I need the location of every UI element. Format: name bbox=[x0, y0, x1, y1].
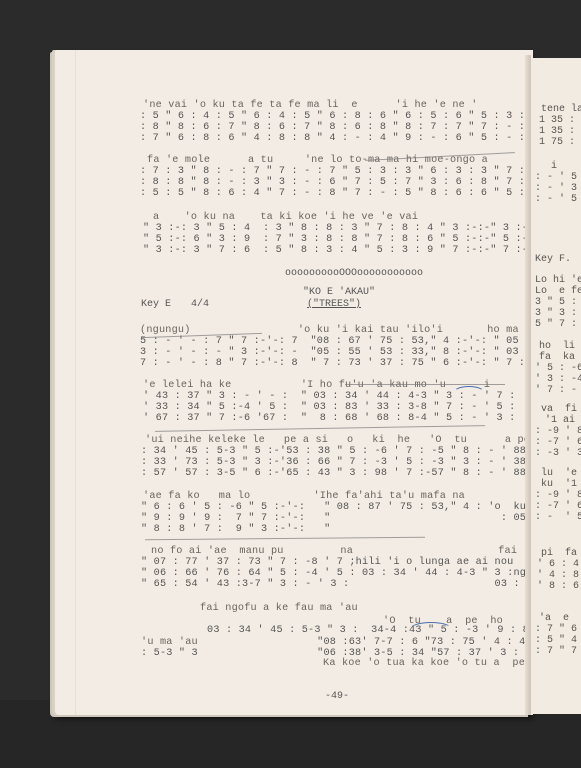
right-line: va fi bbox=[541, 404, 577, 415]
blue-pen-mark bbox=[410, 622, 452, 636]
solfa-row: : 8 : 8 " 8 : - : 3 " 3 : - : 6 " 7 : 5 … bbox=[140, 177, 550, 188]
solfa-row: " 9 : 9 ' 9 : 7 " 7 :-'-: " : 05 ' 68 : … bbox=[141, 513, 581, 524]
right-line: 'a e bbox=[539, 613, 569, 624]
right-line: 3 " 5 : - bbox=[535, 297, 581, 308]
solfa-row: " 07 : 77 ' 37 : 73 " 7 : -8 ' 7 ;hili '… bbox=[141, 557, 514, 568]
right-line: 3 " 3 : - bbox=[535, 308, 581, 319]
right-line: : - ' 5 bbox=[535, 512, 581, 523]
left-page: 'ne vai 'o ku ta fe ta fe ma li e 'i he … bbox=[55, 50, 533, 715]
right-line: Key F. bbox=[535, 254, 571, 265]
section-separator: oooooooooOOOooooooooooo bbox=[285, 268, 423, 279]
right-line: lu 'e bbox=[541, 468, 577, 479]
solfa-row: 3 : - ' - : - " 3 :-'-: - "05 : 55 ' 53 … bbox=[140, 347, 557, 358]
solfa-row: ' 67 : 37 " 7 :-6 '67 : " 8 : 68 ' 68 : … bbox=[143, 413, 560, 424]
lyric-line: 'ae fa ko ma lo 'Ihe fa'ahi ta'u mafa na bbox=[143, 491, 465, 502]
lyric-line: a 'o ku na ta ki koe 'i he ve 'e vai bbox=[153, 212, 418, 223]
solfa-row: ' 33 : 34 " 5 :-4 ' 5 : " 03 : 83 ' 33 :… bbox=[143, 402, 560, 413]
song-subtitle: ("TREES") bbox=[307, 299, 361, 310]
solfa-row: : 57 ' 57 : 3-5 " 6 :-'65 : 43 " 3 : 98 … bbox=[141, 468, 564, 479]
right-line: ' 8 : 6 bbox=[537, 581, 579, 592]
right-line: : -7 ' 6 bbox=[535, 437, 581, 448]
page-number: -49- bbox=[325, 691, 349, 702]
right-line: pi fa bbox=[541, 548, 577, 559]
solfa-row: : 7 " 6 : 8 : 6 " 4 : 8 : 8 " 4 : - : 4 … bbox=[140, 133, 550, 144]
solfa-row: ' 43 : 37 " 3 : - ' - : " 03 : 34 ' 44 :… bbox=[143, 391, 560, 402]
solfa-row: 7 : - ' - : 8 " 7 :-'-: 8 " 7 : 73 ' 37 … bbox=[140, 358, 550, 369]
lyric-line-bottom: Ka koe 'o tua ka koe 'o tu a pe tana bbox=[323, 658, 557, 669]
right-page: tene la 1 35 : 6 1 35 : 6 1 75 : 6 i : -… bbox=[531, 58, 581, 714]
solfa-row: : 34 ' 45 : 5-3 " 5 :-'53 : 38 " 5 : -6 … bbox=[141, 446, 564, 457]
right-line: Lo hi 'e bbox=[535, 275, 581, 286]
solfa-row: " 06 : 66 ' 76 : 64 " 5 : -4 ' 5 : 03 : … bbox=[141, 568, 545, 579]
right-line: : 7 " 7 bbox=[535, 646, 577, 657]
solfa-row: : 8 " 8 : 6 : 7 " 8 : 6 : 7 " 8 : 6 : 8 … bbox=[140, 122, 550, 133]
solfa-row: : 33 ' 73 : 5-3 " 3 :-'36 : 66 " 7 : -3 … bbox=[141, 457, 564, 468]
right-line: ' 4 : 8 bbox=[537, 570, 579, 581]
right-line: fa ka bbox=[539, 352, 575, 363]
right-line: 1 35 : 6 bbox=[539, 115, 581, 126]
right-line: ' 7 : - bbox=[535, 385, 577, 396]
solfa-row: 03 : 34 ' 45 : 5-3 " 3 : 34-4 :43 " 5 : … bbox=[207, 625, 573, 636]
right-line: i bbox=[539, 161, 557, 172]
solfa-row: " 65 : 54 ' 43 :3-7 " 3 : - ' 3 : 03 : 3… bbox=[141, 579, 539, 590]
right-line: : -9 ' 8 bbox=[535, 426, 581, 437]
lyric-line: fai ngofu a ke fau ma 'au bbox=[200, 603, 358, 614]
pencil-mark bbox=[145, 537, 425, 540]
right-line: ' 6 : 4 bbox=[537, 559, 579, 570]
right-line: : 7 " 6 bbox=[535, 624, 577, 635]
solfa-row: 5 : - ' - : 7 " 7 :-'-: 7 "08 : 67 ' 75 … bbox=[140, 336, 557, 347]
right-line: : -7 ' 6 bbox=[535, 501, 581, 512]
blue-pen-mark bbox=[453, 386, 485, 400]
right-line: ho li bbox=[539, 341, 575, 352]
right-line: tene la bbox=[541, 104, 581, 115]
lyric-line: no fo ai 'ae manu pu na fai bbox=[151, 546, 517, 557]
solfa-row: " 3 :-: 3 " 5 : 4 : 3 " 8 : 8 : 3 " 7 : … bbox=[143, 223, 547, 234]
right-line: : - ' 5 bbox=[535, 172, 577, 183]
pencil-mark bbox=[155, 425, 485, 432]
right-line: Lo e fe bbox=[535, 286, 581, 297]
solfa-row: " 3 :-: 3 " 7 : 6 : 5 " 8 : 3 : 4 " 5 : … bbox=[143, 245, 547, 256]
right-line: ' 3 : -4 bbox=[535, 374, 581, 385]
right-line: '1 ai bbox=[539, 415, 575, 426]
solfa-row: : 5 " 6 : 4 : 5 " 6 : 4 : 5 " 6 : 8 : 6 … bbox=[140, 111, 550, 122]
solfa-row: " 6 : 6 ' 5 : -6 " 5 :-'-: " 08 : 87 ' 7… bbox=[141, 502, 558, 513]
right-line: : 5 " 4 bbox=[535, 635, 577, 646]
lyric-line: 'ne vai 'o ku ta fe ta fe ma li e 'i he … bbox=[143, 100, 478, 111]
lyric-line: 'ui neihe keleke le pe a si o ki he 'O t… bbox=[145, 435, 555, 446]
song-title: "KO E 'AKAU" bbox=[303, 287, 375, 298]
right-line: 5 " 7 : - bbox=[535, 319, 581, 330]
right-line: : -3 ' 3 bbox=[535, 448, 581, 459]
solfa-row: " 5 :-: 6 " 3 : 9 : 7 " 3 : 8 : 8 " 7 : … bbox=[143, 234, 547, 245]
right-line: ' 5 : -6 bbox=[535, 363, 581, 374]
right-line: ku '1 bbox=[541, 479, 577, 490]
key-signature: Key E bbox=[141, 299, 171, 310]
solfa-row: "08 :63' 7-7 : 6 "73 : 75 ' 4 : 4 " 5 : bbox=[153, 637, 563, 648]
right-line: : - ' 3 bbox=[535, 183, 577, 194]
right-line: 1 35 : 6 bbox=[539, 126, 581, 137]
solfa-row: : 5 : 5 " 8 : 6 : 4 " 7 : - : 8 " 7 : - … bbox=[140, 188, 550, 199]
right-line: : - ' 5 bbox=[535, 194, 577, 205]
time-signature: 4/4 bbox=[191, 299, 209, 310]
pencil-mark bbox=[345, 384, 505, 385]
right-line: 1 75 : 6 bbox=[539, 137, 581, 148]
solfa-row: " 8 : 8 ' 7 : 9 " 3 :-'-: " bbox=[141, 524, 330, 535]
solfa-row: : 7 : 3 " 8 : - : 7 " 7 : - : 7 " 5 : 3 … bbox=[140, 166, 550, 177]
right-line: : -9 ' 8 bbox=[535, 490, 581, 501]
